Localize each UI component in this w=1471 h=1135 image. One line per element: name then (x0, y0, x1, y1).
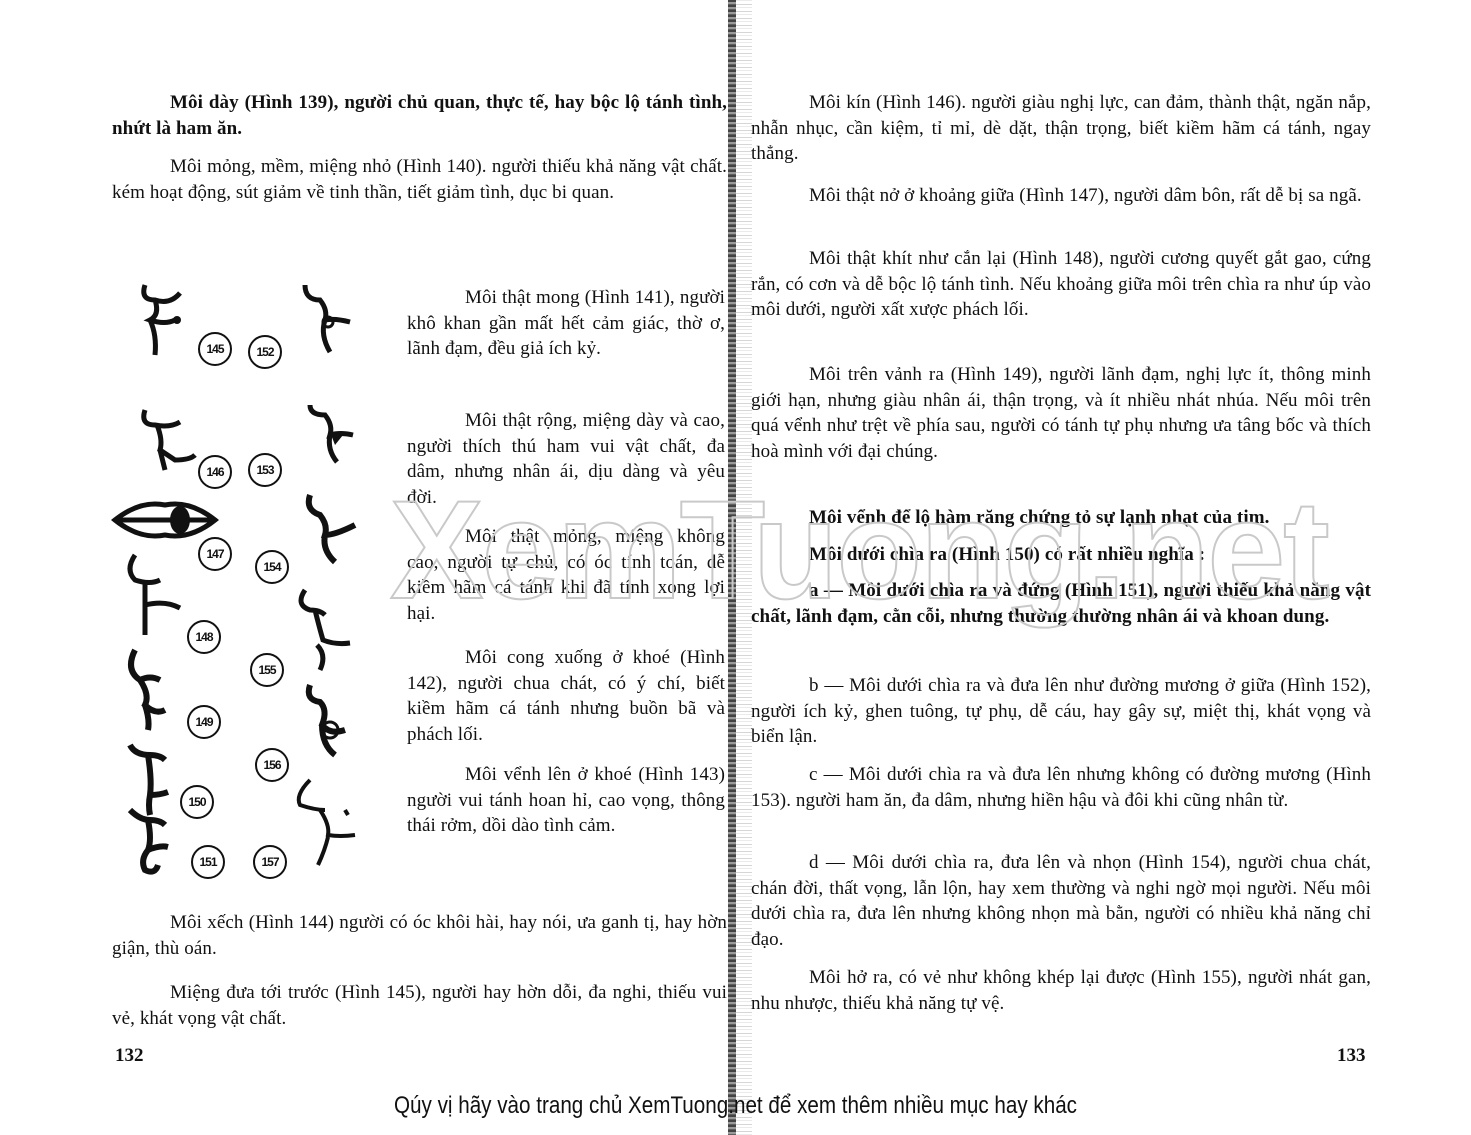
figure-label-154: 154 (255, 550, 289, 584)
paragraph-teeth-showing: Môi vểnh để lộ hàm răng chứng tỏ sự lạnh… (751, 505, 1371, 531)
figure-label-147: 147 (198, 537, 232, 571)
figure-label-146: 146 (198, 455, 232, 489)
paragraph-forward-mouth: Miệng đưa tới trước (Hình 145), người ha… (112, 980, 727, 1031)
paragraph-item-b: b — Môi dưới chìa ra và đưa lên như đườn… (751, 673, 1371, 750)
footer-link-text[interactable]: Qúy vị hãy vào trang chủ XemTuong.net để… (103, 1092, 1368, 1120)
figure-label-150: 150 (180, 785, 214, 819)
lip-figure-157-icon (290, 775, 370, 870)
paragraph-upturned-corners: Môi vểnh lên ở khoé (Hình 143) người vui… (407, 762, 725, 839)
lip-figure-147-icon (110, 495, 220, 545)
figure-label-155: 155 (250, 653, 284, 687)
figure-label-151: 151 (191, 845, 225, 879)
lip-figure-155-icon (295, 585, 360, 675)
paragraph-thin-lips: Môi mỏng, mềm, miệng nhỏ (Hình 140). ngư… (112, 154, 727, 205)
paragraph-item-c: c — Môi dưới chìa ra và đưa lên nhưng kh… (751, 762, 1371, 813)
paragraph-very-wide-lips: Môi thật rộng, miệng dày và cao, người t… (407, 408, 725, 510)
paragraph-upper-lip-out: Môi trên vảnh ra (Hình 149), người lãnh … (751, 362, 1371, 464)
right-page: Môi kín (Hình 146). người giàu nghị lực,… (735, 0, 1471, 1090)
paragraph-lower-lip-out: Môi dưới chìa ra (Hình 150) có rất nhiều… (751, 542, 1371, 568)
page-number-right: 133 (1337, 1045, 1366, 1067)
figure-label-149: 149 (187, 705, 221, 739)
figure-label-145: 145 (198, 332, 232, 366)
figure-label-148: 148 (187, 620, 221, 654)
lip-figure-152-icon (300, 280, 360, 360)
left-page: Môi dày (Hình 139), người chủ quan, thực… (0, 0, 735, 1090)
lip-figures: 145 146 147 148 149 150 151 152 153 154 … (105, 265, 395, 885)
lip-figure-149-icon (120, 645, 190, 735)
figure-label-153: 153 (248, 453, 282, 487)
lip-figure-151-icon (120, 805, 190, 880)
paragraph-tight-lips: Môi thật khít như cắn lại (Hình 148), ng… (751, 246, 1371, 323)
paragraph-very-thin-lips: Môi thật mong (Hình 141), người khô khan… (407, 285, 725, 362)
lip-figure-153-icon (305, 400, 365, 475)
paragraph-item-a: a — Môi dưới chìa ra và đứng (Hình 151),… (751, 578, 1371, 629)
figure-label-157: 157 (253, 845, 287, 879)
figure-label-152: 152 (248, 335, 282, 369)
paragraph-middle-open-lips: Môi thật nở ở khoảng giữa (Hình 147), ng… (751, 183, 1371, 209)
page-number-left: 132 (115, 1045, 144, 1067)
paragraph-closed-lips: Môi kín (Hình 146). người giàu nghị lực,… (751, 90, 1371, 167)
paragraph-thick-lips: Môi dày (Hình 139), người chủ quan, thực… (112, 90, 727, 141)
paragraph-item-d: d — Môi dưới chìa ra, đưa lên và nhọn (H… (751, 850, 1371, 952)
lip-figure-154-icon (300, 490, 365, 570)
paragraph-open-lips: Môi hở ra, có vẻ như không khép lại được… (751, 965, 1371, 1016)
paragraph-downturned-corners: Môi cong xuống ở khoé (Hình 142), người … (407, 645, 725, 747)
lip-figure-145-icon (135, 275, 195, 365)
paragraph-very-thin-mouth-not-high: Môi thật mỏng, miệng không cao, người tự… (407, 524, 725, 626)
lip-figure-156-icon (300, 680, 365, 765)
paragraph-slanted-lips: Môi xếch (Hình 144) người có óc khôi hài… (112, 910, 727, 961)
lip-figure-146-icon (135, 400, 205, 480)
figure-label-156: 156 (255, 748, 289, 782)
lip-figure-148-icon (120, 550, 200, 640)
